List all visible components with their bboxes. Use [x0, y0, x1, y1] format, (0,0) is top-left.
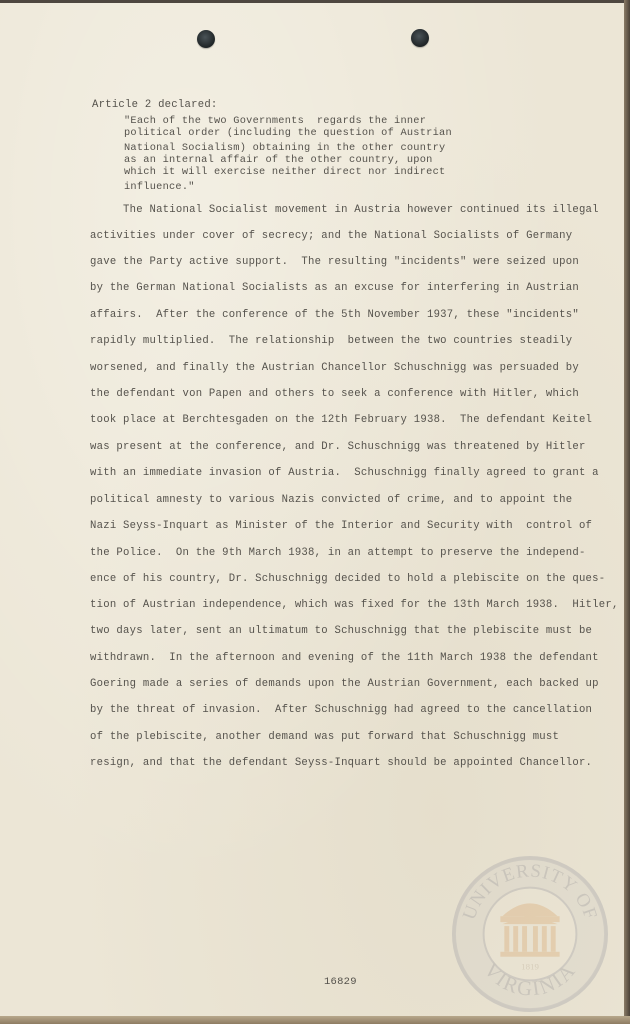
quote-line: political order (including the question …	[124, 128, 452, 140]
body-line: was present at the conference, and Dr. S…	[90, 441, 586, 453]
scan-edge-top	[0, 0, 630, 3]
scan-edge-bottom	[0, 1016, 630, 1024]
quote-line: influence."	[124, 182, 195, 194]
university-seal-watermark: UNIVERSITY OF VIRGINIA 1819	[451, 855, 609, 1013]
binder-hole-right	[411, 29, 429, 47]
body-line: two days later, sent an ultimatum to Sch…	[90, 625, 592, 637]
article-heading: Article 2 declared:	[92, 99, 218, 111]
body-line: worsened, and finally the Austrian Chanc…	[90, 362, 579, 374]
body-line: the Police. On the 9th March 1938, in an…	[90, 547, 586, 559]
body-line: affairs. After the conference of the 5th…	[90, 309, 579, 321]
quote-line: which it will exercise neither direct no…	[124, 167, 445, 179]
body-line: of the plebiscite, another demand was pu…	[90, 731, 559, 743]
body-line: ence of his country, Dr. Schuschnigg dec…	[90, 573, 605, 585]
binder-hole-left	[197, 30, 215, 48]
body-line: by the threat of invasion. After Schusch…	[90, 704, 592, 716]
body-line: with an immediate invasion of Austria. S…	[90, 467, 599, 479]
scan-edge-right	[624, 0, 630, 1024]
body-line: took place at Berchtesgaden on the 12th …	[90, 414, 592, 426]
body-line: activities under cover of secrecy; and t…	[90, 230, 572, 242]
body-line: rapidly multiplied. The relationship bet…	[90, 335, 572, 347]
body-line: The National Socialist movement in Austr…	[90, 204, 599, 216]
body-line: political amnesty to various Nazis convi…	[90, 494, 572, 506]
body-line: withdrawn. In the afternoon and evening …	[90, 652, 599, 664]
body-line: Nazi Seyss-Inquart as Minister of the In…	[90, 520, 592, 532]
body-line: resign, and that the defendant Seyss-Inq…	[90, 757, 592, 769]
body-line: gave the Party active support. The resul…	[90, 256, 579, 268]
body-line: the defendant von Papen and others to se…	[90, 388, 579, 400]
page-number: 16829	[324, 976, 357, 988]
body-line: Goering made a series of demands upon th…	[90, 678, 599, 690]
seal-year: 1819	[521, 962, 539, 972]
document-page: Article 2 declared: "Each of the two Gov…	[0, 2, 624, 1016]
body-line: tion of Austrian independence, which was…	[90, 599, 619, 611]
body-line: by the German National Socialists as an …	[90, 282, 579, 294]
